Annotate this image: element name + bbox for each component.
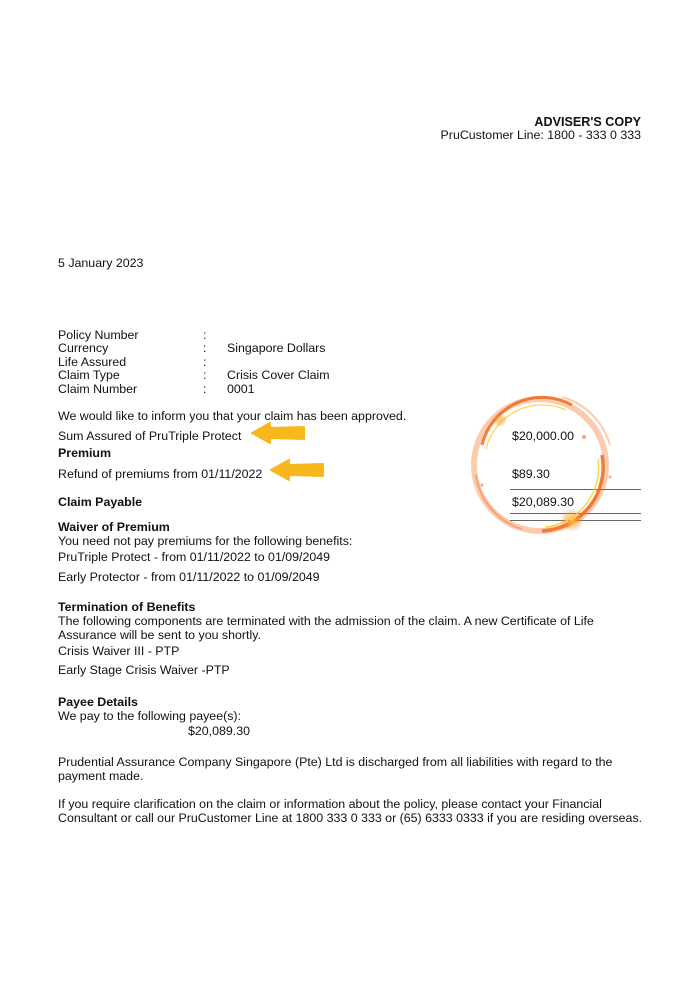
sum-assured-label: Sum Assured of PruTriple Protect xyxy=(58,429,241,443)
claim-number-value: 0001 xyxy=(227,382,255,396)
currency-label: Currency xyxy=(58,341,108,355)
claim-number-label: Claim Number xyxy=(58,382,137,396)
termination-intro-line2: Assurance will be sent to you shortly. xyxy=(58,628,261,642)
termination-heading: Termination of Benefits xyxy=(58,600,195,614)
claim-type-value: Crisis Cover Claim xyxy=(227,368,330,382)
terminated-component: Early Stage Crisis Waiver -PTP xyxy=(58,663,230,677)
highlight-arrow-icon xyxy=(250,421,306,445)
refund-label: Refund of premiums from 01/11/2022 xyxy=(58,467,262,481)
life-assured-label: Life Assured xyxy=(58,355,126,369)
highlight-arrow-icon xyxy=(269,458,325,482)
waiver-item: PruTriple Protect - from 01/11/2022 to 0… xyxy=(58,550,330,564)
policy-number-colon: : xyxy=(203,328,206,342)
payee-heading: Payee Details xyxy=(58,695,138,709)
terminated-component: Crisis Waiver III - PTP xyxy=(58,644,179,658)
total-divider-top xyxy=(510,513,641,514)
claim-payable-label: Claim Payable xyxy=(58,495,142,509)
termination-intro-line1: The following components are terminated … xyxy=(58,614,594,628)
letter-date: 5 January 2023 xyxy=(58,256,143,270)
fire-ring-icon xyxy=(462,385,622,545)
contact-line1: If you require clarification on the clai… xyxy=(58,797,602,811)
discharge-line2: payment made. xyxy=(58,769,143,783)
subtotal-divider xyxy=(510,489,641,490)
waiver-intro: You need not pay premiums for the follow… xyxy=(58,534,352,548)
waiver-heading: Waiver of Premium xyxy=(58,520,170,534)
life-assured-colon: : xyxy=(203,355,206,369)
claim-type-colon: : xyxy=(203,368,206,382)
customer-line: PruCustomer Line: 1800 - 333 0 333 xyxy=(441,128,641,142)
total-divider-bottom xyxy=(510,520,641,521)
copy-type-label: ADVISER'S COPY xyxy=(534,115,641,129)
currency-value: Singapore Dollars xyxy=(227,341,326,355)
contact-line2: Consultant or call our PruCustomer Line … xyxy=(58,811,642,825)
premium-heading: Premium xyxy=(58,446,111,460)
payee-intro: We pay to the following payee(s): xyxy=(58,709,241,723)
sum-assured-amount: $20,000.00 xyxy=(512,429,574,443)
claim-type-label: Claim Type xyxy=(58,368,120,382)
claim-number-colon: : xyxy=(203,382,206,396)
refund-amount: $89.30 xyxy=(512,467,550,481)
currency-colon: : xyxy=(203,341,206,355)
discharge-line1: Prudential Assurance Company Singapore (… xyxy=(58,755,612,769)
payee-amount: $20,089.30 xyxy=(188,724,250,738)
claim-payable-amount: $20,089.30 xyxy=(512,495,574,509)
waiver-item: Early Protector - from 01/11/2022 to 01/… xyxy=(58,570,320,584)
policy-number-label: Policy Number xyxy=(58,328,139,342)
claim-approved-text: We would like to inform you that your cl… xyxy=(58,409,406,423)
